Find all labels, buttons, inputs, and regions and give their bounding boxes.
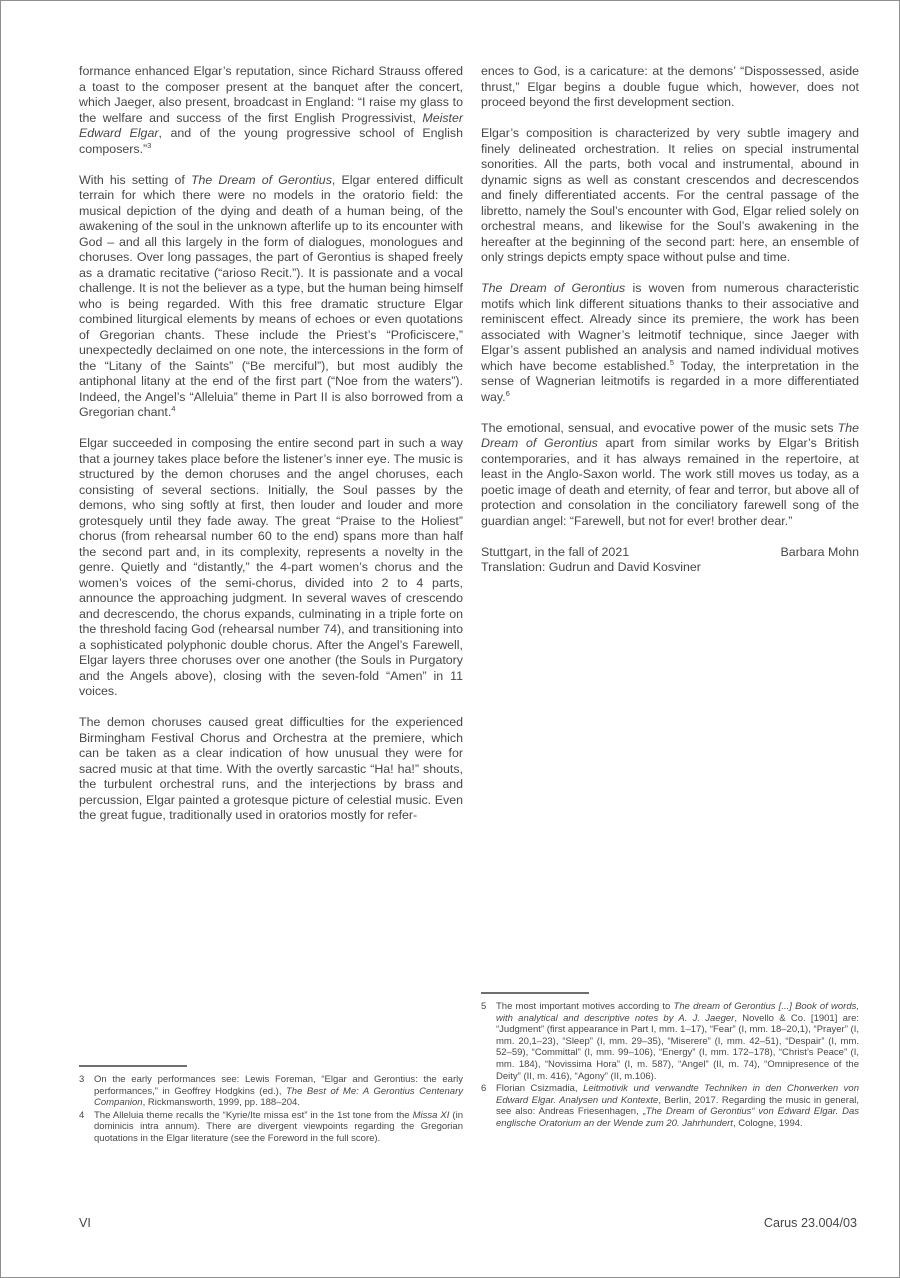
paragraph: Elgar’s composition is characterized by … xyxy=(481,126,859,266)
left-column: formance enhanced Elgar’s reputation, si… xyxy=(79,64,463,824)
signoff-author: Barbara Mohn xyxy=(780,545,859,561)
footnote-separator-rule xyxy=(481,992,589,994)
footnote-number: 4 xyxy=(79,1110,84,1122)
paragraph: With his setting of The Dream of Geronti… xyxy=(79,173,463,421)
paragraph: ences to God, is a caricature: at the de… xyxy=(481,64,859,111)
signoff-place-date: Stuttgart, in the fall of 2021 xyxy=(481,545,629,561)
footnote-separator-rule xyxy=(79,1065,187,1067)
footnote: 3 On the early performances see: Lewis F… xyxy=(79,1074,463,1109)
paragraph: Elgar succeeded in composing the entire … xyxy=(79,436,463,700)
page-number: VI xyxy=(79,1216,91,1230)
footnote: 6 Florian Csizmadia, Leitmotivik und ver… xyxy=(481,1083,859,1129)
edition-number: Carus 23.004/03 xyxy=(764,1216,857,1230)
paragraph: The demon choruses caused great difficul… xyxy=(79,715,463,824)
footnotes-left: 3 On the early performances see: Lewis F… xyxy=(79,1065,463,1146)
footnote: 5 The most important motives according t… xyxy=(481,1001,859,1082)
paragraph: The emotional, sensual, and evocative po… xyxy=(481,421,859,530)
paragraph: The Dream of Gerontius is woven from num… xyxy=(481,281,859,405)
footnote: 4 The Alleluia theme recalls the “Kyrie/… xyxy=(79,1110,463,1145)
footnote-number: 3 xyxy=(79,1074,84,1086)
footnotes-right: 5 The most important motives according t… xyxy=(481,992,859,1131)
footnote-number: 5 xyxy=(481,1001,486,1013)
footnote-number: 6 xyxy=(481,1083,486,1095)
paragraph: formance enhanced Elgar’s reputation, si… xyxy=(79,64,463,157)
footnote-text: The Alleluia theme recalls the “Kyrie/It… xyxy=(94,1110,463,1144)
footnote-text: The most important motives according to … xyxy=(496,1001,859,1082)
right-column: ences to God, is a caricature: at the de… xyxy=(481,64,859,576)
footnote-text: On the early performances see: Lewis For… xyxy=(94,1074,463,1108)
signoff-translation: Translation: Gudrun and David Kosviner xyxy=(481,560,859,576)
signoff-block: Stuttgart, in the fall of 2021 Barbara M… xyxy=(481,545,859,576)
footnote-text: Florian Csizmadia, Leitmotivik und verwa… xyxy=(496,1083,859,1129)
document-page: formance enhanced Elgar’s reputation, si… xyxy=(0,0,900,1278)
